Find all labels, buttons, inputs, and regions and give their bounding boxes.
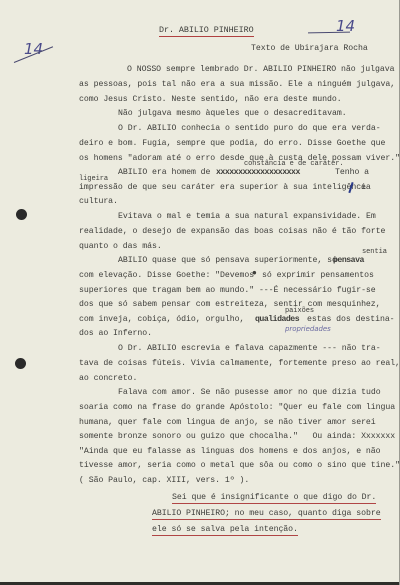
typed-insertion: constância e de caráter. [244,160,344,168]
text-line: ao concreto. [79,374,137,384]
text-line: estas dos destina- [307,315,395,325]
text-line: dos ao Inferno. [79,329,152,339]
text-line: Evitava o mal e temia a sua natural expa… [118,212,376,222]
text-line: tava de coisas fúteis. Vivia calmamente,… [79,359,400,369]
handwritten-page-number-left: 14 [24,40,43,58]
document-page: 14 14 Dr. ABILIO PINHEIRO Texto de Ubira… [0,0,399,582]
text-line: superiores que tragam bem ao mundo." ---… [79,286,376,296]
handwritten-note: propriedades [285,325,331,333]
text-line: os homens "adoram até o erro desde que à… [79,154,400,164]
text-line: O Dr. ABILIO escrevia e falava capazment… [118,344,381,354]
text-line: só exprimir pensamentos [262,271,374,281]
text-line: Falava com amor. Se não pusesse amor no … [118,388,381,398]
text-line: O NOSSO sempre lembrado Dr. ABILIO PINHE… [127,65,394,75]
text-line: e [361,183,366,193]
text-line: as pessoas, pois tal não era a sua missã… [79,80,395,90]
text-line: tivesse amor, seria como o metal que sôa… [79,461,400,471]
text-line: ABILIO quase que só pensava superiorment… [118,256,337,266]
typed-insertion: sentia [362,248,387,256]
text-line: com elevação. Disse Goethe: "Devemos [79,271,254,281]
text-line: ( São Paulo, cap. XIII, vers. 1º ). [79,476,249,486]
struck-text: qualidades [255,315,299,325]
text-line: "Ainda que eu falasse as linguas dos hom… [79,447,381,457]
underlined-closing-line: ele só se salva pela intenção. [152,525,298,536]
underlined-closing-line: ABILIO PINHEIRO; no meu caso, quanto dig… [152,509,381,520]
text-line: realidade, o desejo de expansão das boas… [79,227,385,237]
punch-hole [16,209,27,220]
document-title: Dr. ABILIO PINHEIRO [159,25,254,37]
text-line: impressão de que seu caráter era superio… [79,183,371,193]
ink-blot: ● [252,269,257,279]
text-line: somente bronze sonoro ou guizo que choca… [79,432,395,442]
punch-hole [15,358,26,369]
text-line: Tenho a [335,168,369,178]
text-line: dos que só sabem pensar com estreiteza, … [79,300,381,310]
text-line: ABILIO era homem de [118,168,210,178]
text-line: quanto o das más. [79,242,162,252]
text-line: como Jesus Cristo. Neste sentido, não er… [79,95,342,105]
struck-text: pensava [333,256,364,266]
typed-insertion: paixões [285,307,314,315]
byline: Texto de Ubirajara Rocha [251,44,368,54]
text-line: soaria como na frase do grande Apóstolo:… [79,403,395,413]
text-line: Não julgava mesmo àqueles que o desacred… [118,109,347,119]
text-line: humana, quer fale com lingua de anjo, se… [79,418,376,428]
text-line: deiro e bom. Fugia, sempre que podia, do… [79,139,385,149]
typed-insertion: ligeira [79,175,108,183]
text-line: com inveja, cobiça, ódio, orgulho, [79,315,244,325]
text-line: cultura. [79,197,118,207]
struck-text: xxxxxxxxxxxxxxxxxxx [216,168,300,178]
underlined-closing-line: Sei que é insignificante o que digo do D… [172,493,376,504]
text-line: O Dr. ABILIO conhecia o sentido puro do … [118,124,381,134]
